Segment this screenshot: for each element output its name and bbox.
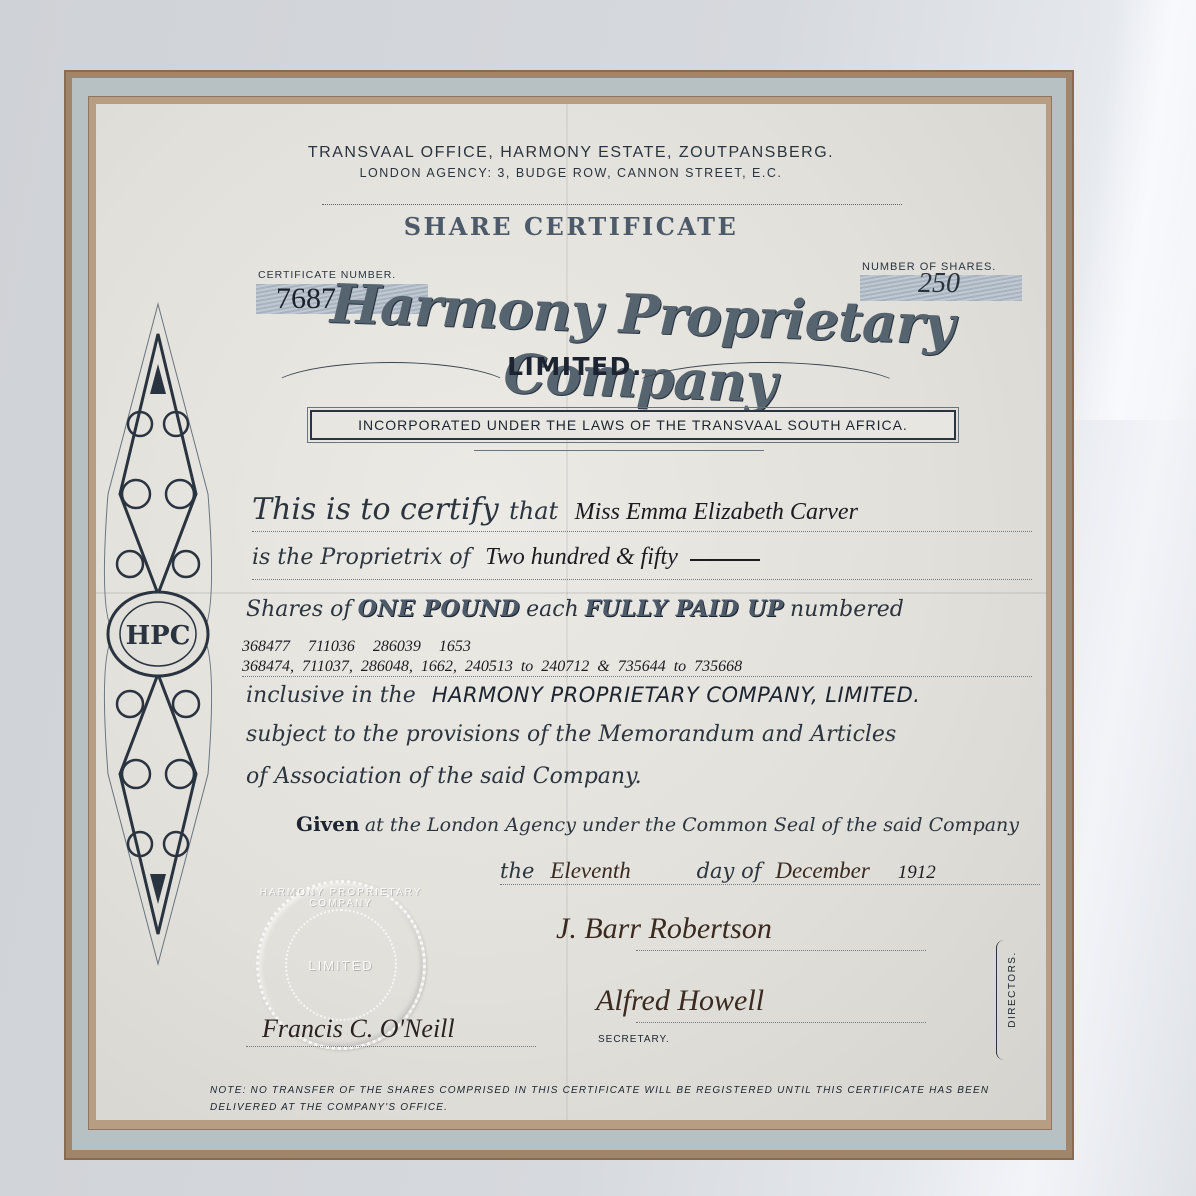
header-london-agency: LONDON AGENCY: 3, BUDGE ROW, CANNON STRE… (96, 166, 1046, 180)
shares-of-text: Shares of (246, 597, 352, 622)
certify-that-text: that (509, 497, 558, 525)
seal-center-text: LIMITED (308, 958, 373, 973)
each-text: each (526, 597, 579, 622)
banner-rule (474, 450, 764, 451)
signature-line (246, 1046, 536, 1047)
certify-line: This is to certify that Miss Emma Elizab… (252, 492, 1032, 532)
date-year: 1912 (898, 862, 936, 883)
inclusive-line: inclusive in the HARMONY PROPRIETARY COM… (246, 682, 1036, 708)
share-numbers-from: 368477 711036 286039 1653 (242, 638, 471, 656)
incorporation-text: INCORPORATED UNDER THE LAWS OF THE TRANS… (358, 417, 908, 433)
holder-name: Miss Emma Elizabeth Carver (575, 499, 858, 525)
secretary-signature: Francis C. O'Neill (262, 1014, 455, 1044)
date-day: Eleventh (550, 858, 630, 883)
certify-lead-text: This is to certify (252, 492, 499, 527)
transfer-note: NOTE: NO TRANSFER OF THE SHARES COMPRISE… (210, 1082, 990, 1116)
proprietor-lead-text: is the Proprietrix of (252, 545, 471, 570)
director-signature-1: J. Barr Robertson (556, 912, 772, 946)
date-the-text: the (500, 859, 534, 883)
monogram: HPC (126, 621, 191, 651)
given-text: at the London Agency under the Common Se… (365, 814, 1019, 836)
company-inline-name: HARMONY PROPRIETARY COMPANY, LIMITED. (432, 683, 921, 707)
date-line: the Eleventh day of December 1912 (500, 858, 1040, 885)
secretary-label: SECRETARY. (598, 1034, 670, 1045)
signature-line (636, 1022, 926, 1023)
share-number: 1653 (439, 638, 471, 655)
given-line: Given at the London Agency under the Com… (296, 812, 1036, 837)
header-rule (322, 204, 902, 205)
shares-line: Shares of ONE POUND each FULLY PAID UP n… (246, 596, 1036, 622)
given-word: Given (296, 812, 360, 836)
signature-line (636, 950, 926, 951)
certificate-title: SHARE CERTIFICATE (96, 212, 1046, 241)
share-certificate: TRANSVAAL OFFICE, HARMONY ESTATE, ZOUTPA… (96, 104, 1046, 1120)
date-day-of-text: day of (697, 859, 762, 883)
share-number: 368477 (242, 638, 290, 655)
share-numbers-to: 368474, 711037, 286048, 1662, 240513 to … (242, 658, 1032, 677)
director-signature-2: Alfred Howell (596, 984, 764, 1018)
directors-label: DIRECTORS. (1007, 951, 1018, 1028)
fold-crease-horizontal (96, 592, 1046, 594)
subject-line: subject to the provisions of the Memoran… (246, 722, 1036, 747)
header-transvaal-office: TRANSVAAL OFFICE, HARMONY ESTATE, ZOUTPA… (96, 144, 1046, 162)
numbered-text: numbered (790, 597, 904, 622)
company-limited: LIMITED. (96, 352, 1046, 381)
paid-status: FULLY PAID UP (585, 596, 784, 622)
directors-brace (996, 940, 1006, 1060)
share-amount-words: Two hundred & fifty (485, 544, 678, 570)
fill-dash (690, 559, 760, 561)
inclusive-text: inclusive in the (246, 683, 416, 708)
denomination: ONE POUND (358, 596, 520, 622)
proprietor-line: is the Proprietrix of Two hundred & fift… (252, 544, 1032, 580)
ornamental-scroll-icon: HPC (100, 294, 216, 974)
window-light-reflection (1060, 0, 1196, 420)
incorporation-banner: INCORPORATED UNDER THE LAWS OF THE TRANS… (310, 410, 956, 440)
association-line: of Association of the said Company. (246, 764, 1036, 789)
share-number: 711036 (308, 638, 355, 655)
seal-ring-text: HARMONY PROPRIETARY COMPANY (259, 887, 423, 909)
seal-center: LIMITED (285, 909, 397, 1021)
date-month: December (775, 858, 870, 883)
share-number: 286039 (373, 638, 421, 655)
